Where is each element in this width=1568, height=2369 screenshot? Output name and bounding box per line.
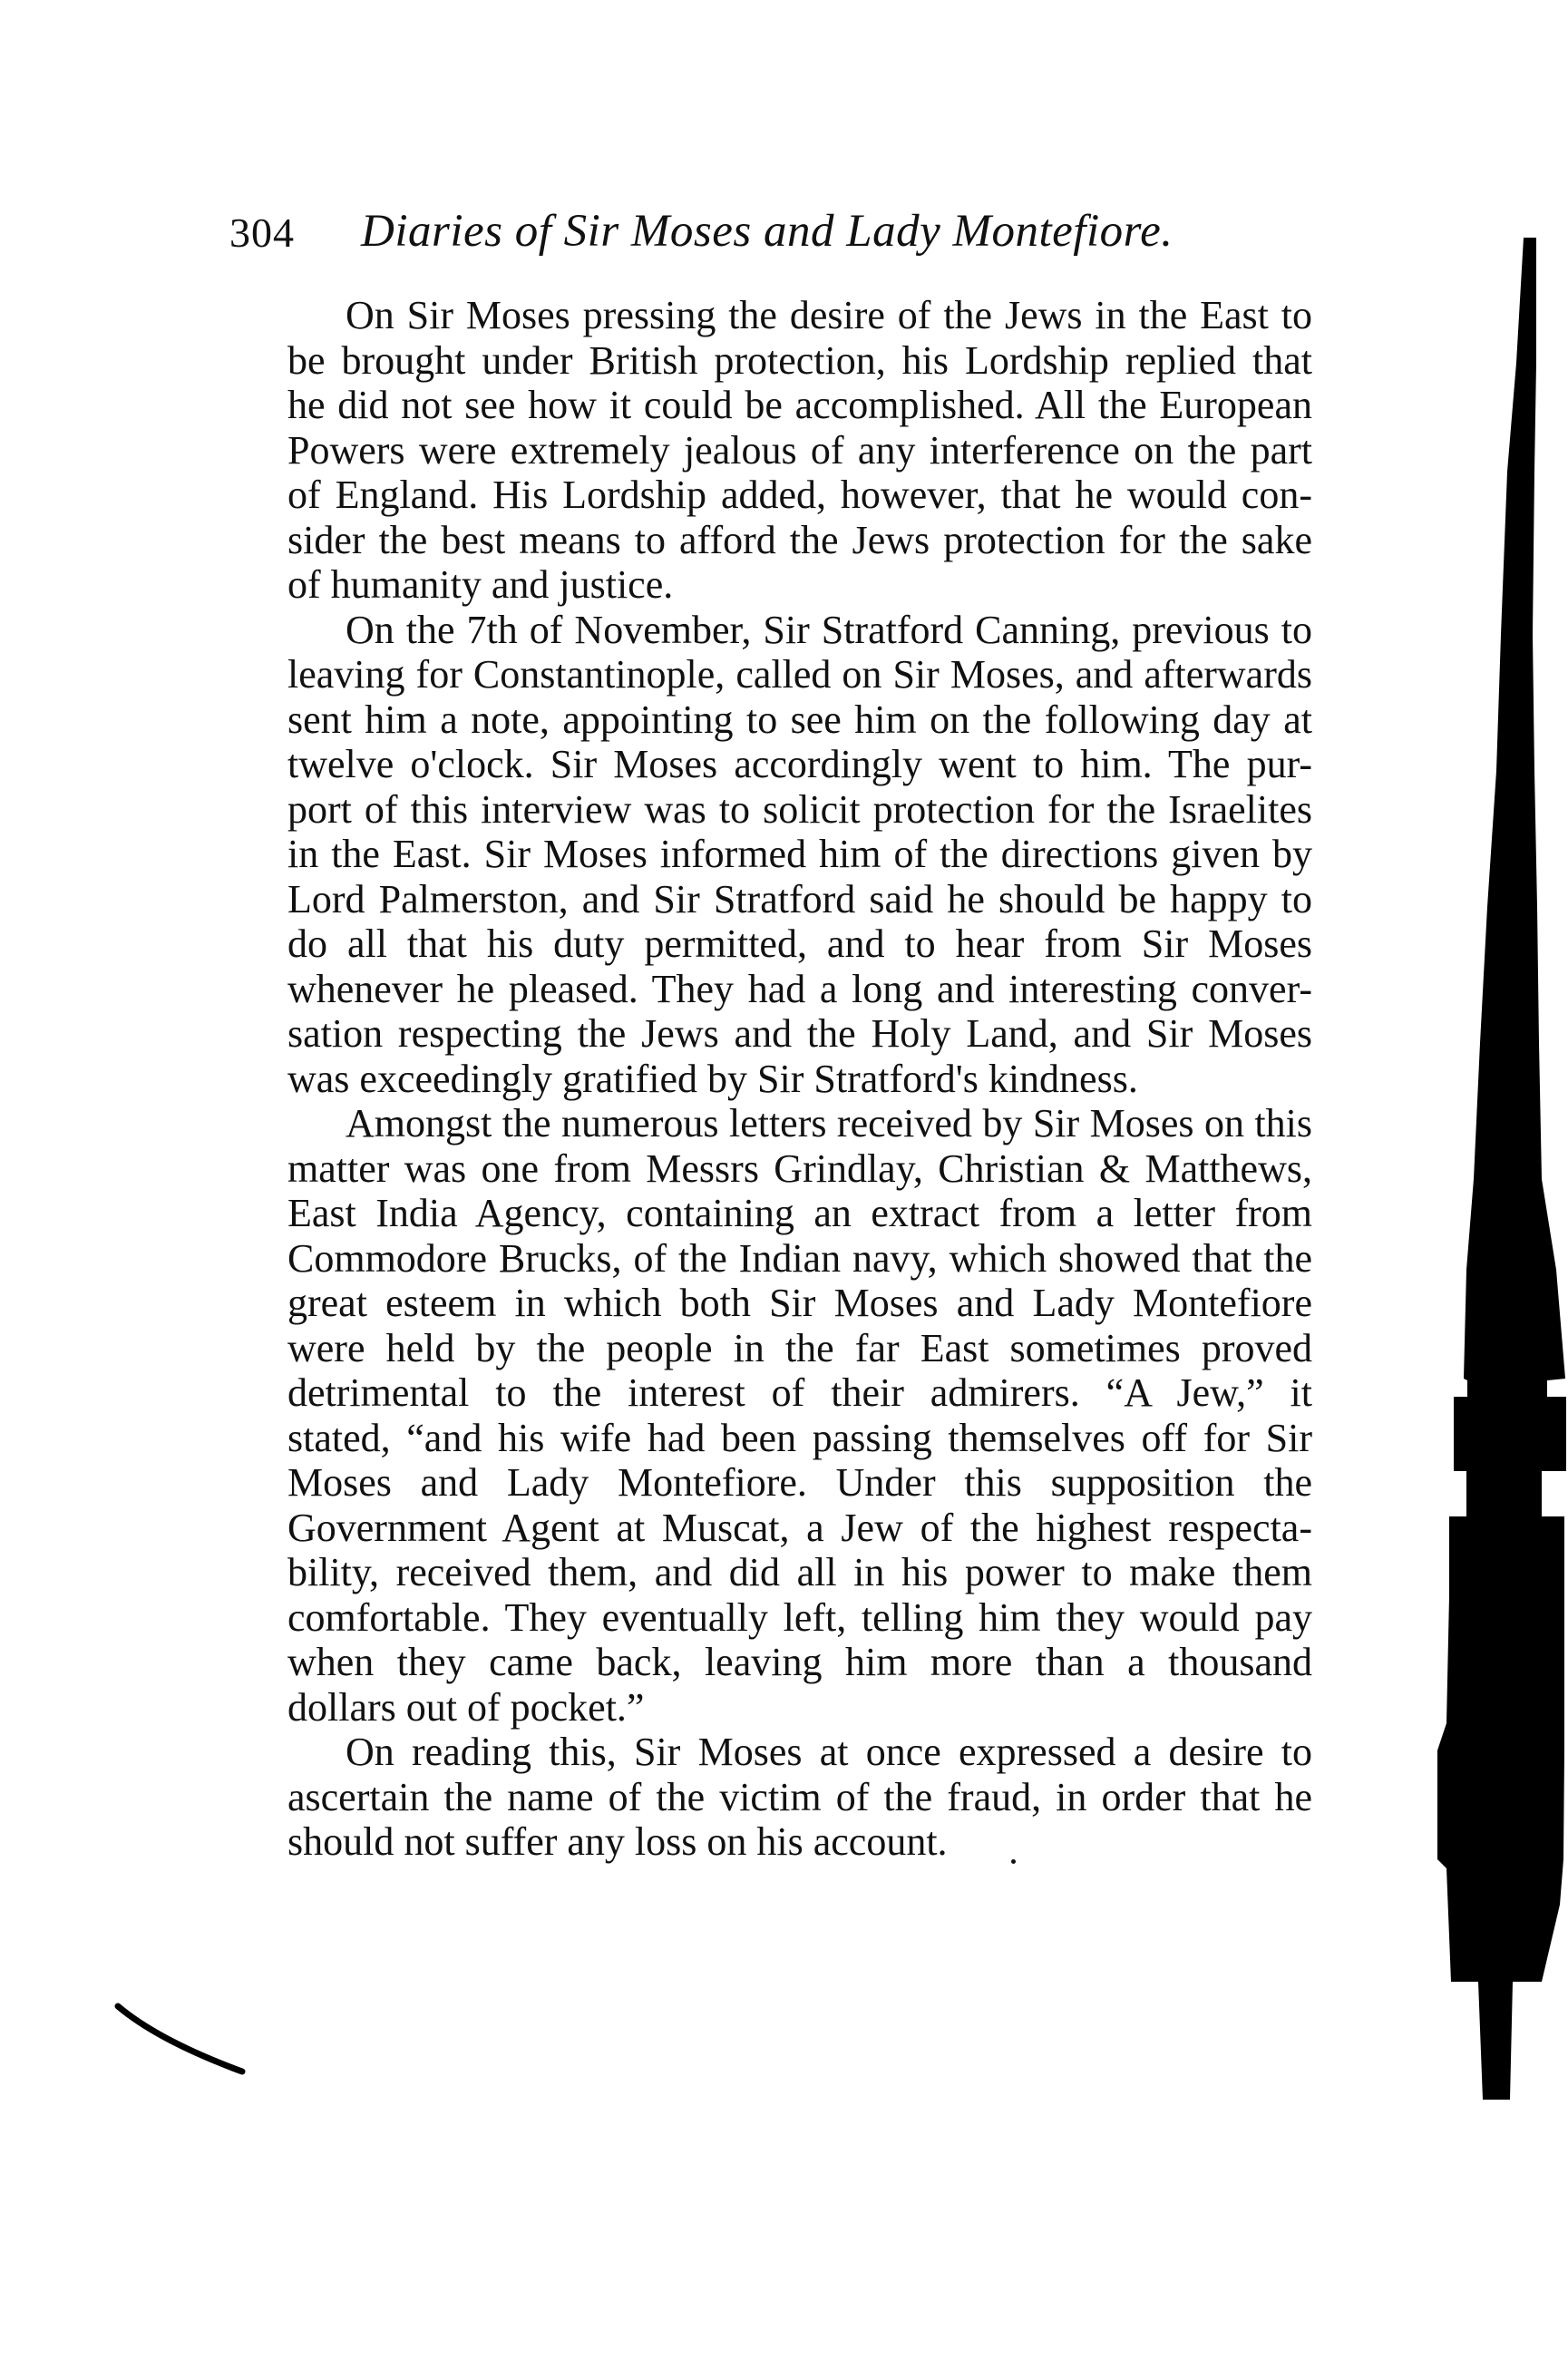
scan-edge-shadow <box>0 0 1568 2369</box>
book-page: 304 Diaries of Sir Moses and Lady Montef… <box>0 0 1568 2369</box>
